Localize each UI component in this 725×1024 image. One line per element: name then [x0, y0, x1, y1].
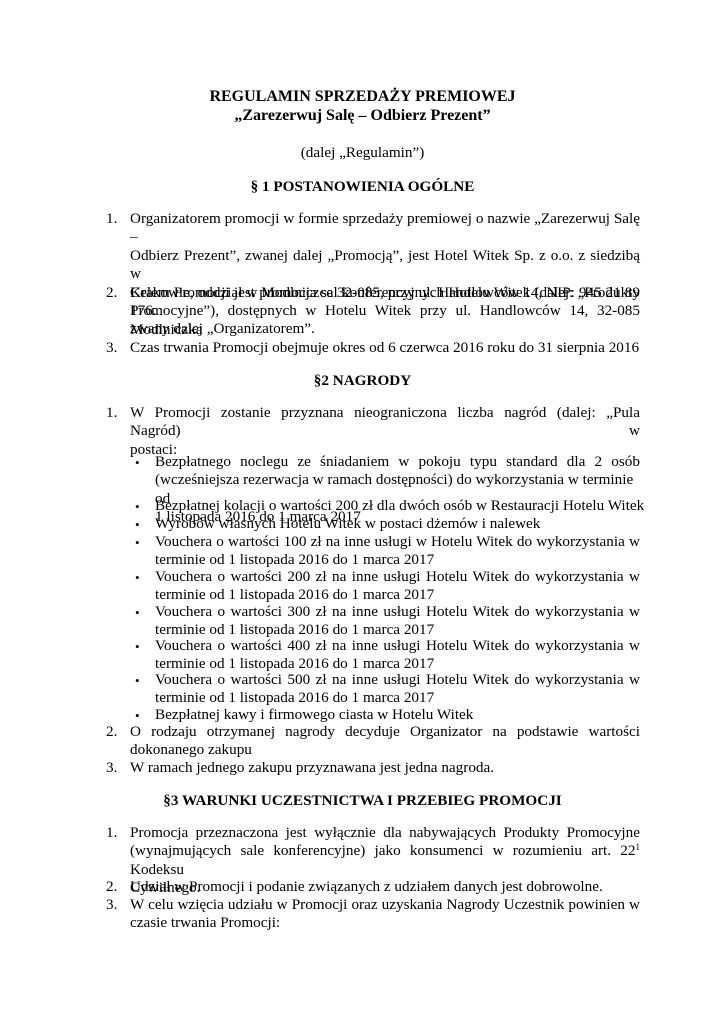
list-number: 1. [106, 404, 117, 422]
document-page: REGULAMIN SPRZEDAŻY PREMIOWEJ „Zarezerwu… [0, 0, 725, 1024]
section-2-heading: §2 NAGRODY [0, 372, 725, 390]
prize-item: Vouchera o wartości 100 zł na inne usług… [155, 533, 640, 570]
prize-item: Vouchera o wartości 500 zł na inne usług… [155, 671, 640, 708]
bullet-icon: • [135, 570, 140, 586]
bullet-icon: • [135, 708, 140, 724]
list-number: 2. [106, 878, 117, 896]
document-title: REGULAMIN SPRZEDAŻY PREMIOWEJ [0, 88, 725, 106]
list-item: W celu wzięcia udziału w Promocji oraz u… [130, 896, 640, 933]
bullet-icon: • [135, 639, 140, 655]
list-item: Udział w Promocji i podanie związanych z… [130, 878, 640, 896]
bullet-icon: • [135, 455, 140, 471]
document-alias: (dalej „Regulamin”) [0, 144, 725, 162]
list-item: O rodzaju otrzymanej nagrody decyduje Or… [130, 723, 640, 760]
document-subtitle: „Zarezerwuj Salę – Odbierz Prezent” [0, 107, 725, 125]
prize-item: Bezpłatnej kolacji o wartości 200 zł dla… [155, 497, 640, 515]
bullet-icon: • [135, 499, 140, 515]
section-3-heading: §3 WARUNKI UCZESTNICTWA I PRZEBIEG PROMO… [0, 792, 725, 810]
list-number: 2. [106, 723, 117, 741]
bullet-icon: • [135, 673, 140, 689]
list-number: 2. [106, 284, 117, 302]
section-1-heading: § 1 POSTANOWIENIA OGÓLNE [0, 178, 725, 196]
list-number: 1. [106, 824, 117, 842]
list-item: W ramach jednego zakupu przyznawana jest… [130, 759, 640, 777]
prize-item: Vouchera o wartości 200 zł na inne usług… [155, 568, 640, 605]
bullet-icon: • [135, 605, 140, 621]
prize-item: Wyrobów własnych Hotelu Witek w postaci … [155, 515, 640, 533]
list-number: 3. [106, 896, 117, 914]
list-item: Czas trwania Promocji obejmuje okres od … [130, 339, 640, 357]
list-item: W Promocji zostanie przyznana nieogranic… [130, 404, 640, 459]
list-number: 3. [106, 339, 117, 357]
bullet-icon: • [135, 535, 140, 551]
list-item: Celem Promocji jest promocja sal konfere… [130, 284, 640, 339]
footnote-marker: 1 [636, 842, 641, 852]
list-number: 3. [106, 759, 117, 777]
prize-item: Vouchera o wartości 400 zł na inne usług… [155, 637, 640, 674]
prize-item: Vouchera o wartości 300 zł na inne usług… [155, 603, 640, 640]
bullet-icon: • [135, 517, 140, 533]
list-number: 1. [106, 210, 117, 228]
prize-item: Bezpłatnej kawy i firmowego ciasta w Hot… [155, 706, 640, 724]
